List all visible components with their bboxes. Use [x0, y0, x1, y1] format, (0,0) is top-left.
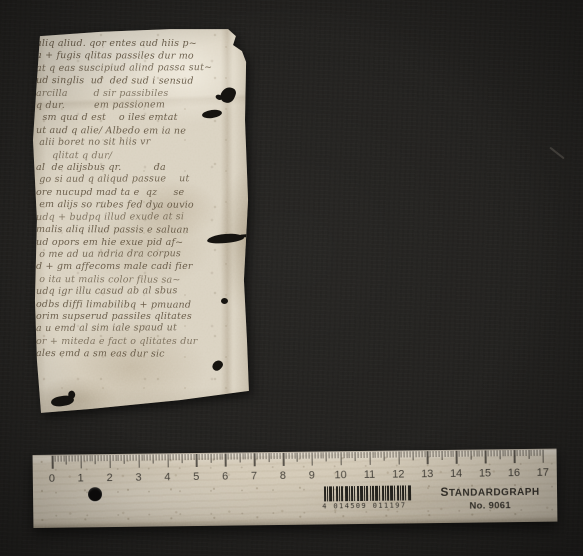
ruler-tick	[167, 454, 169, 467]
ruler-tick	[124, 455, 125, 464]
ruler-tick	[202, 454, 203, 460]
ruler: 01234567891011121314151617 4 014509 0111…	[33, 449, 558, 528]
ruler-cm-label: 15	[479, 467, 491, 479]
ruler-tick	[401, 451, 402, 457]
ruler-tick	[335, 452, 336, 458]
barcode-bars	[324, 485, 412, 501]
ruler-tick	[89, 455, 90, 461]
ruler-tick	[309, 453, 310, 459]
manuscript-line: ore nucupd mad ta e qz se	[36, 187, 245, 199]
ruler-tick	[398, 452, 400, 465]
ruler-tick	[465, 451, 466, 457]
ruler-tick	[467, 451, 468, 457]
ruler-tick	[525, 450, 526, 456]
ruler-tick	[337, 452, 338, 458]
ruler-tick	[54, 456, 55, 462]
ruler-tick	[182, 454, 183, 463]
ruler-tick	[66, 456, 67, 465]
ruler-tick	[127, 455, 128, 461]
ruler-tick	[355, 452, 356, 461]
ruler-tick	[231, 454, 232, 460]
ruler-tick	[378, 452, 379, 458]
ruler-tick	[95, 455, 96, 464]
ruler-tick	[150, 455, 151, 461]
ruler-tick	[332, 452, 333, 458]
ruler-tick	[222, 454, 223, 460]
ruler-tick	[156, 454, 157, 460]
manuscript-line: udq + budpq illud exude at si	[36, 211, 245, 225]
manuscript-fragment: aliq aliud. qor entes aud hiis p~a + fug…	[33, 28, 250, 414]
ruler-tick	[285, 453, 286, 459]
ruler-tick	[418, 451, 419, 457]
ruler-tick	[320, 452, 321, 458]
ruler-tick	[288, 453, 289, 459]
ruler-tick	[372, 452, 373, 458]
ruler-tick	[363, 452, 364, 458]
ruler-cm-label: 4	[164, 471, 170, 483]
ruler-cm-label: 3	[135, 472, 141, 484]
barcode-gap	[411, 485, 412, 500]
manuscript-line: go si aud q aliqud passue ut	[36, 173, 245, 187]
ruler-tick	[306, 453, 307, 459]
ruler-tick	[80, 455, 82, 468]
ruler-tick	[86, 455, 87, 461]
ruler-tick	[496, 450, 497, 456]
manuscript-fragment-wrap: aliq aliud. qor entes aud hiis p~a + fug…	[33, 28, 250, 414]
ruler-tick	[274, 453, 275, 459]
ruler-tick	[323, 452, 324, 458]
manuscript-line: odbs diffi limabilibq + pmuand	[36, 299, 245, 312]
ruler-tick	[326, 452, 327, 461]
manuscript-line: or + miteda e fact o qlitates dur	[36, 336, 245, 348]
ruler-tick	[407, 451, 408, 457]
ruler-brand-block: STANDARDGRAPH No. 9061	[421, 484, 559, 513]
ruler-model-number: No. 9061	[421, 500, 559, 513]
ruler-tick	[141, 455, 142, 461]
ruler-cm-label: 5	[193, 471, 199, 483]
ruler-tick	[392, 452, 393, 458]
ruler-tick	[488, 450, 489, 456]
ruler-tick	[254, 453, 256, 466]
ruler-tick	[493, 450, 494, 456]
ruler-tick	[184, 454, 185, 460]
manuscript-line: qlitat q dur/	[36, 150, 245, 163]
ruler-cm-label: 12	[392, 468, 404, 480]
ruler-tick	[413, 451, 414, 460]
ruler-tick	[352, 452, 353, 458]
ruler-tick	[112, 455, 113, 461]
ruler-tick	[482, 451, 483, 457]
ruler-tick	[470, 451, 471, 460]
ruler-tick	[291, 453, 292, 459]
ruler-tick	[135, 455, 136, 461]
ruler-tick	[456, 451, 458, 464]
ruler-tick	[447, 451, 448, 457]
manuscript-line: alii boret no sit hiis vr	[36, 136, 245, 150]
ruler-tick	[436, 451, 437, 457]
ruler-tick	[346, 452, 347, 458]
ruler-tick	[236, 454, 237, 460]
ruler-tick	[450, 451, 451, 457]
ruler-tick	[138, 455, 140, 468]
ruler-tick	[245, 453, 246, 459]
ruler-cm-label: 11	[364, 469, 376, 481]
ruler-cm-label: 13	[421, 468, 433, 480]
ruler-tick	[57, 456, 58, 462]
manuscript-line: ud singlis ud ded sud i sensud	[36, 75, 245, 88]
ruler-tick	[415, 451, 416, 457]
ruler-tick	[366, 452, 367, 458]
ruler-tick	[239, 453, 240, 462]
ruler-cm-label: 17	[537, 467, 549, 479]
ruler-tick	[75, 455, 76, 461]
ruler-tick	[259, 453, 260, 459]
ruler-tick	[92, 455, 93, 461]
ruler-tick	[300, 453, 301, 459]
ruler-tick	[118, 455, 119, 461]
ruler-tick	[104, 455, 105, 461]
ruler-tick	[161, 454, 162, 460]
ruler-tick	[395, 452, 396, 458]
ruler-tick	[98, 455, 99, 461]
ruler-tick	[297, 453, 298, 462]
ruler-tick	[213, 454, 214, 460]
ruler-tick	[479, 451, 480, 457]
ruler-tick	[542, 450, 544, 463]
manuscript-line: aliq aliud. qor entes aud hiis p~	[36, 38, 245, 50]
ruler-tick	[121, 455, 122, 461]
ruler-tick	[505, 450, 506, 456]
ruler-tick	[531, 450, 532, 456]
ruler-tick	[216, 454, 217, 460]
ruler-tick	[499, 450, 500, 459]
ruler-brand: STANDARDGRAPH	[421, 484, 559, 500]
ruler-tick	[190, 454, 191, 460]
ruler-tick	[132, 455, 133, 461]
ruler-tick	[271, 453, 272, 459]
manuscript-line: d + gm affecoms male cadi fier	[36, 261, 245, 273]
ruler-tick	[433, 451, 434, 457]
ruler-tick	[340, 452, 342, 465]
ruler-tick	[349, 452, 350, 458]
ruler-hole	[88, 487, 102, 501]
ruler-tick	[424, 451, 425, 457]
ruler-tick	[106, 455, 107, 461]
ruler-tick	[187, 454, 188, 460]
ruler-tick	[233, 454, 234, 460]
ruler-cm-label: 14	[450, 468, 462, 480]
ruler-tick	[329, 452, 330, 458]
ruler-tick	[199, 454, 200, 460]
manuscript-line: udq igr illu casud ab al sbus	[36, 285, 245, 299]
ruler-tick	[280, 453, 281, 459]
hole-spot	[221, 298, 228, 304]
ruler-tick	[69, 456, 70, 462]
ruler-tick	[441, 451, 442, 460]
ruler-cm-label: 1	[78, 472, 84, 484]
ruler-tick	[144, 455, 145, 461]
manuscript-line: a u emd al sim iale spaud ut	[36, 322, 245, 336]
ruler-cm-label: 0	[49, 473, 55, 485]
ruler-tick	[528, 450, 529, 459]
ruler-tick	[387, 452, 388, 458]
manuscript-line: at q eas suscipiud alind passa sut~	[36, 62, 245, 76]
manuscript-text: aliq aliud. qor entes aud hiis p~a + fug…	[36, 38, 245, 410]
ruler-cm-label: 8	[280, 470, 286, 482]
ruler-tick	[130, 455, 131, 461]
ruler-cm-label: 7	[251, 470, 257, 482]
ruler-tick	[63, 456, 64, 462]
ruler-tick	[444, 451, 445, 457]
ruler-tick	[516, 450, 517, 456]
ruler-tick	[83, 455, 84, 461]
ruler-tick	[427, 451, 429, 464]
ruler-tick	[115, 455, 116, 461]
ruler-tick	[519, 450, 520, 456]
ruler-tick	[462, 451, 463, 457]
ruler-tick	[176, 454, 177, 460]
ruler-tick	[502, 450, 503, 456]
ruler-tick	[193, 454, 194, 460]
scratch-mark	[549, 147, 564, 160]
ruler-tick	[277, 453, 278, 459]
ruler-tick	[251, 453, 252, 459]
ruler-tick	[294, 453, 295, 459]
ruler-tick	[60, 456, 61, 462]
ruler-tick	[262, 453, 263, 459]
ruler-tick	[389, 452, 390, 458]
barcode: 4 014509 011197	[324, 485, 412, 510]
ruler-tick	[491, 450, 492, 456]
ruler-tick	[268, 453, 269, 462]
ruler-tick	[522, 450, 523, 456]
ruler-tick	[314, 453, 315, 459]
ruler-tick	[205, 454, 206, 460]
ruler-tick	[361, 452, 362, 458]
manuscript-line: o me ad ua ndria dra corpus	[36, 248, 245, 262]
ruler-tick	[473, 451, 474, 457]
ruler-cm-label: 16	[508, 467, 520, 479]
ruler-tick	[421, 451, 422, 457]
ruler-tick	[453, 451, 454, 457]
ruler-tick	[72, 456, 73, 462]
ruler-tick	[196, 454, 198, 467]
ruler-tick	[476, 451, 477, 457]
ruler-tick	[101, 455, 102, 461]
ruler-tick	[52, 456, 54, 469]
ruler-tick	[164, 454, 165, 460]
ruler-tick	[170, 454, 171, 460]
ruler-cm-label: 2	[106, 472, 112, 484]
ruler-tick	[219, 454, 220, 460]
manuscript-line: ales emd a sm eas dur sic	[36, 348, 245, 361]
ruler-cm-label: 10	[334, 469, 346, 481]
ruler-tick	[207, 454, 208, 460]
ruler-tick	[109, 455, 111, 468]
ruler-tick	[537, 450, 538, 456]
ruler-tick	[242, 453, 243, 459]
ruler-tick	[485, 450, 487, 463]
ruler-tick	[147, 455, 148, 461]
ruler-tick	[265, 453, 266, 459]
ruler-tick	[384, 452, 385, 461]
ruler-cm-label: 6	[222, 471, 228, 483]
ruler-tick	[430, 451, 431, 457]
ruler-tick	[173, 454, 174, 460]
ruler-tick	[153, 455, 154, 464]
ruler-tick	[257, 453, 258, 459]
ruler-tick	[179, 454, 180, 460]
ruler-tick	[317, 453, 318, 459]
ruler-tick	[404, 451, 405, 457]
ruler-tick	[228, 454, 229, 460]
ruler-tick	[375, 452, 376, 458]
photograph: aliq aliud. qor entes aud hiis p~a + fug…	[0, 0, 583, 556]
ruler-tick	[225, 454, 227, 467]
ruler-tick	[303, 453, 304, 459]
ruler-tick	[283, 453, 285, 466]
ruler-tick	[511, 450, 512, 456]
ruler-tick	[508, 450, 509, 456]
ruler-tick	[514, 450, 516, 463]
ruler-tick	[358, 452, 359, 458]
ruler-tick	[210, 454, 211, 463]
ruler-tick	[343, 452, 344, 458]
ruler-tick	[311, 453, 313, 466]
ruler-scale: 01234567891011121314151617	[33, 450, 557, 456]
ruler-tick	[410, 451, 411, 457]
ruler-tick	[248, 453, 249, 459]
ruler-tick	[158, 454, 159, 460]
ruler-tick	[459, 451, 460, 457]
ruler-tick	[439, 451, 440, 457]
ruler-tick	[381, 452, 382, 458]
ruler-cm-label: 9	[309, 470, 315, 482]
ruler-tick	[369, 452, 371, 465]
barcode-digits: 4 014509 011197	[322, 501, 410, 510]
ruler-tick	[78, 455, 79, 461]
ruler-tick	[540, 450, 541, 456]
ruler-tick	[534, 450, 535, 456]
